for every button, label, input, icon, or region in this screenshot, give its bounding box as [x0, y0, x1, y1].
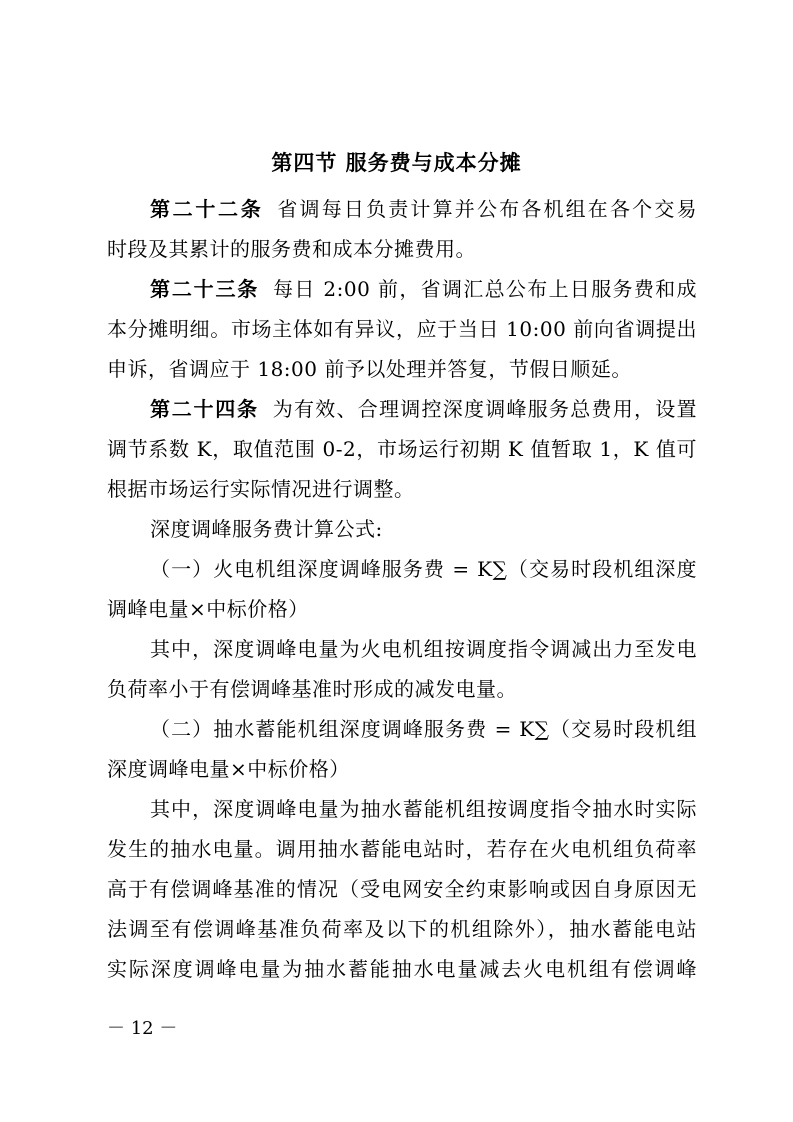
article-22-line-1: 第二十二条省调每日负责计算并公布各机组在各个交易 — [150, 196, 697, 222]
note-2-line-1: 其中，深度调峰电量为抽水蓄能机组按调度指令抽水时实际 — [150, 796, 697, 822]
formula-1-line-1: （一）火电机组深度调峰服务费 = K∑（交易时段机组深度 — [150, 556, 697, 582]
article-24-line-2: 调节系数 K，取值范围 0-2，市场运行初期 K 值暂取 1，K 值可 — [107, 436, 697, 462]
document-page: 第四节 服务费与成本分摊 第二十二条省调每日负责计算并公布各机组在各个交易 时段… — [0, 0, 793, 1122]
article-23-label: 第二十三条 — [150, 277, 259, 301]
formula-2-line-1: （二）抽水蓄能机组深度调峰服务费 = K∑（交易时段机组 — [150, 716, 697, 742]
article-22-text: 省调每日负责计算并公布各机组在各个交易 — [277, 197, 697, 221]
article-22-label: 第二十二条 — [150, 197, 263, 221]
formula-intro: 深度调峰服务费计算公式: — [150, 516, 697, 542]
article-23-line-3: 申诉，省调应于 18:00 前予以处理并答复，节假日顺延。 — [107, 356, 697, 382]
note-2-line-2: 发生的抽水电量。调用抽水蓄能电站时，若存在火电机组负荷率 — [107, 836, 697, 862]
article-24-text: 为有效、合理调控深度调峰服务总费用，设置 — [273, 397, 697, 421]
article-24-line-1: 第二十四条为有效、合理调控深度调峰服务总费用，设置 — [150, 396, 697, 422]
article-23-line-1: 第二十三条每日 2:00 前，省调汇总公布上日服务费和成 — [150, 276, 697, 302]
formula-2-line-2: 深度调峰电量×中标价格） — [107, 756, 697, 782]
formula-1-line-2: 调峰电量×中标价格） — [107, 596, 697, 622]
note-2-line-5: 实际深度调峰电量为抽水蓄能抽水电量减去火电机组有偿调峰 — [107, 956, 697, 982]
article-22-line-2: 时段及其累计的服务费和成本分摊费用。 — [107, 236, 697, 262]
note-2-line-4: 法调至有偿调峰基准负荷率及以下的机组除外），抽水蓄能电站 — [107, 916, 697, 942]
note-2-line-3: 高于有偿调峰基准的情况（受电网安全约束影响或因自身原因无 — [107, 876, 697, 902]
article-23-text: 每日 2:00 前，省调汇总公布上日服务费和成 — [273, 277, 697, 301]
article-23-line-2: 本分摊明细。市场主体如有异议，应于当日 10:00 前向省调提出 — [107, 316, 697, 342]
article-24-line-3: 根据市场运行实际情况进行调整。 — [107, 476, 697, 502]
note-1-line-1: 其中，深度调峰电量为火电机组按调度指令调减出力至发电 — [150, 636, 697, 662]
note-1-line-2: 负荷率小于有偿调峰基准时形成的减发电量。 — [107, 676, 697, 702]
page-number: － 12 － — [107, 1018, 177, 1040]
article-24-label: 第二十四条 — [150, 397, 259, 421]
section-title: 第四节 服务费与成本分摊 — [0, 150, 793, 176]
